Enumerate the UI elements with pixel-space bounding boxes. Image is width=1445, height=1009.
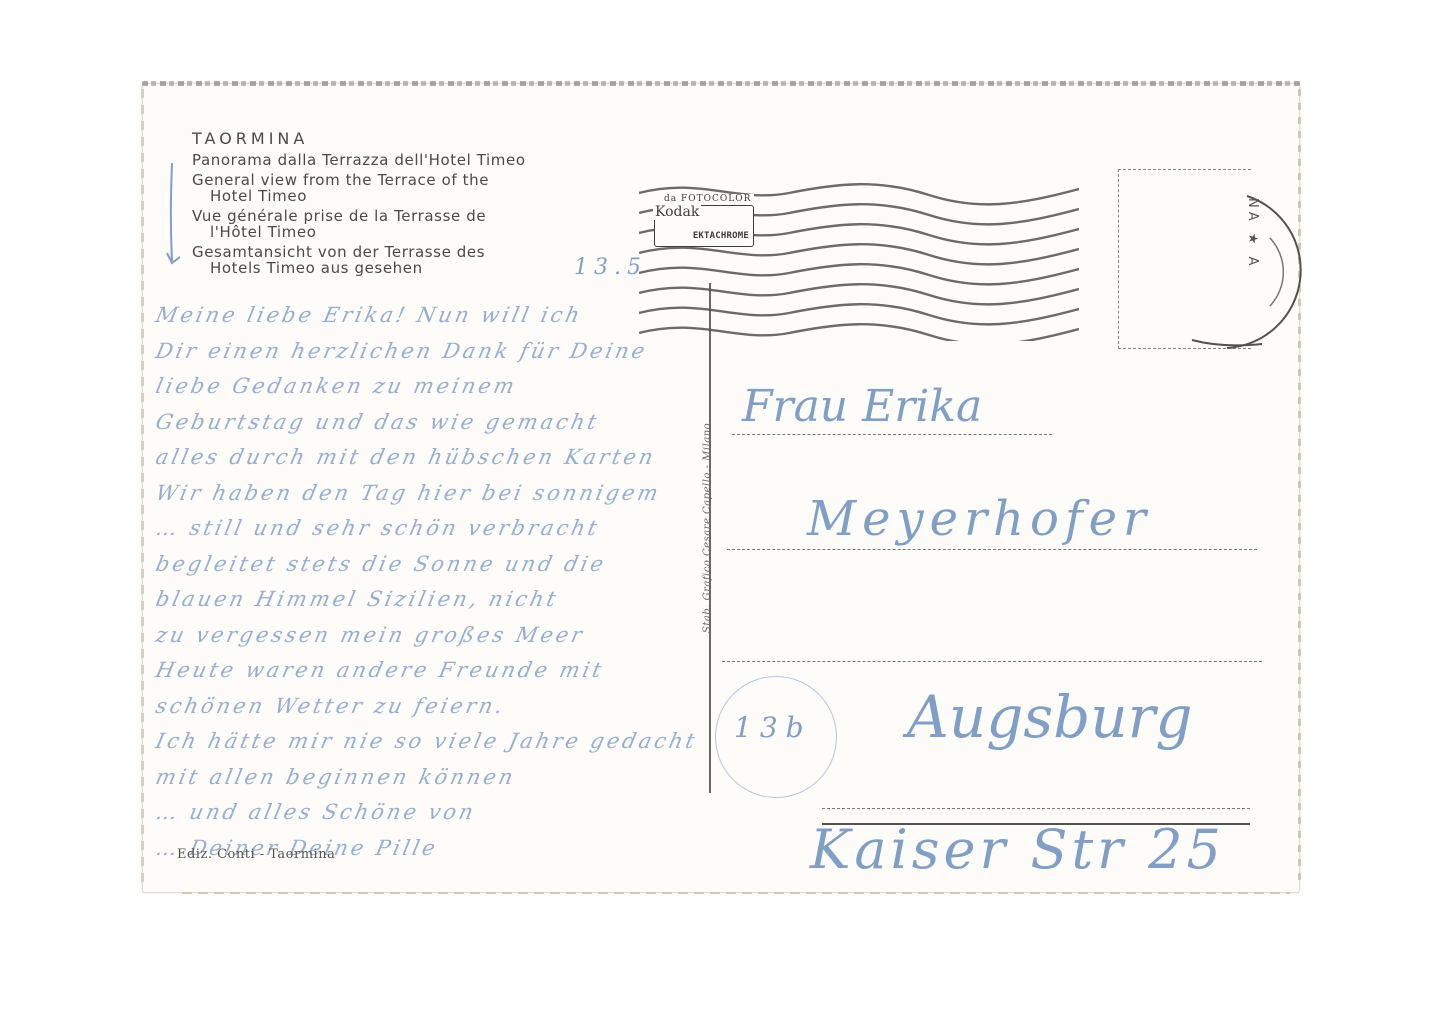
- address-line-1: [732, 434, 1052, 435]
- printed-caption: TAORMINA Panorama dalla Terrazza dell'Ho…: [192, 129, 526, 276]
- kodak-prefix: da FOTOCOLOR: [662, 194, 754, 204]
- caption-english-2: Hotel Timeo: [192, 188, 526, 204]
- caption-french-2: l'Hôtel Timeo: [192, 224, 526, 240]
- caption-french-1: Vue générale prise de la Terrasse de: [192, 208, 526, 224]
- message-line: … still und sehr schön verbracht: [152, 511, 700, 547]
- address-city: Augsburg: [907, 683, 1192, 751]
- handwritten-date: 13.5: [574, 255, 647, 280]
- address-surname: Meyerhofer: [807, 491, 1152, 547]
- message-line: schönen Wetter zu feiern.: [152, 689, 700, 725]
- message-line: mit allen beginnen können: [152, 760, 700, 796]
- message-line: zu vergessen mein großes Meer: [152, 618, 700, 654]
- message-line: Geburtstag und das wie gemacht: [152, 405, 700, 441]
- deckled-edge-top: [142, 81, 1300, 86]
- publisher-imprint: Ediz. Conti - Taormina: [177, 847, 335, 862]
- address-street: Kaiser Str 25: [810, 818, 1225, 881]
- message-line: Meine liebe Erika! Nun will ich: [152, 298, 700, 334]
- address-line-3: [722, 661, 1262, 662]
- deckled-edge-bottom: [182, 892, 1290, 894]
- postcard-back: TAORMINA Panorama dalla Terrazza dell'Ho…: [142, 83, 1300, 893]
- address-line-2: [727, 549, 1257, 550]
- caption-english-1: General view from the Terrace of the: [192, 172, 526, 188]
- message-line: Heute waren andere Freunde mit: [152, 653, 700, 689]
- kodak-credit: da FOTOCOLOR Kodak EKTACHROME: [654, 194, 754, 247]
- address-postal-code: 13b: [734, 711, 812, 744]
- kodak-brand: Kodak: [653, 204, 701, 220]
- caption-german-2: Hotels Timeo aus gesehen: [192, 260, 526, 276]
- caption-italian: Panorama dalla Terrazza dell'Hotel Timeo: [192, 152, 526, 168]
- printer-credit: Stab. Grafico Cesare Capello - Milano: [702, 423, 713, 633]
- message-line: begleitet stets die Sonne und die: [152, 547, 700, 583]
- address-name: Frau Erika: [742, 381, 982, 432]
- caption-title: TAORMINA: [192, 129, 526, 148]
- message-line: liebe Gedanken zu meinem: [152, 369, 700, 405]
- message-line: blauen Himmel Sizilien, nicht: [152, 582, 700, 618]
- pen-arrow-icon: [166, 161, 186, 271]
- message-line: Ich hätte mir nie so viele Jahre gedacht: [152, 724, 700, 760]
- deckled-edge-left: [141, 89, 144, 887]
- address-line-4: [822, 808, 1250, 809]
- postmark-circle-icon: [1152, 188, 1327, 358]
- message-line: Dir einen herzlichen Dank für Deine: [152, 334, 700, 370]
- message-line: … und alles Schöne von: [152, 795, 700, 831]
- message-line: alles durch mit den hübschen Karten: [152, 440, 700, 476]
- message-line: Wir haben den Tag hier bei sonnigem: [152, 476, 700, 512]
- handwritten-message: Meine liebe Erika! Nun will ich Dir eine…: [156, 298, 696, 866]
- kodak-box: Kodak EKTACHROME: [654, 205, 754, 247]
- postmark-text: NA ★ A: [1245, 198, 1260, 269]
- caption-german-1: Gesamtansicht von der Terrasse des: [192, 244, 526, 260]
- kodak-product: EKTACHROME: [693, 231, 749, 241]
